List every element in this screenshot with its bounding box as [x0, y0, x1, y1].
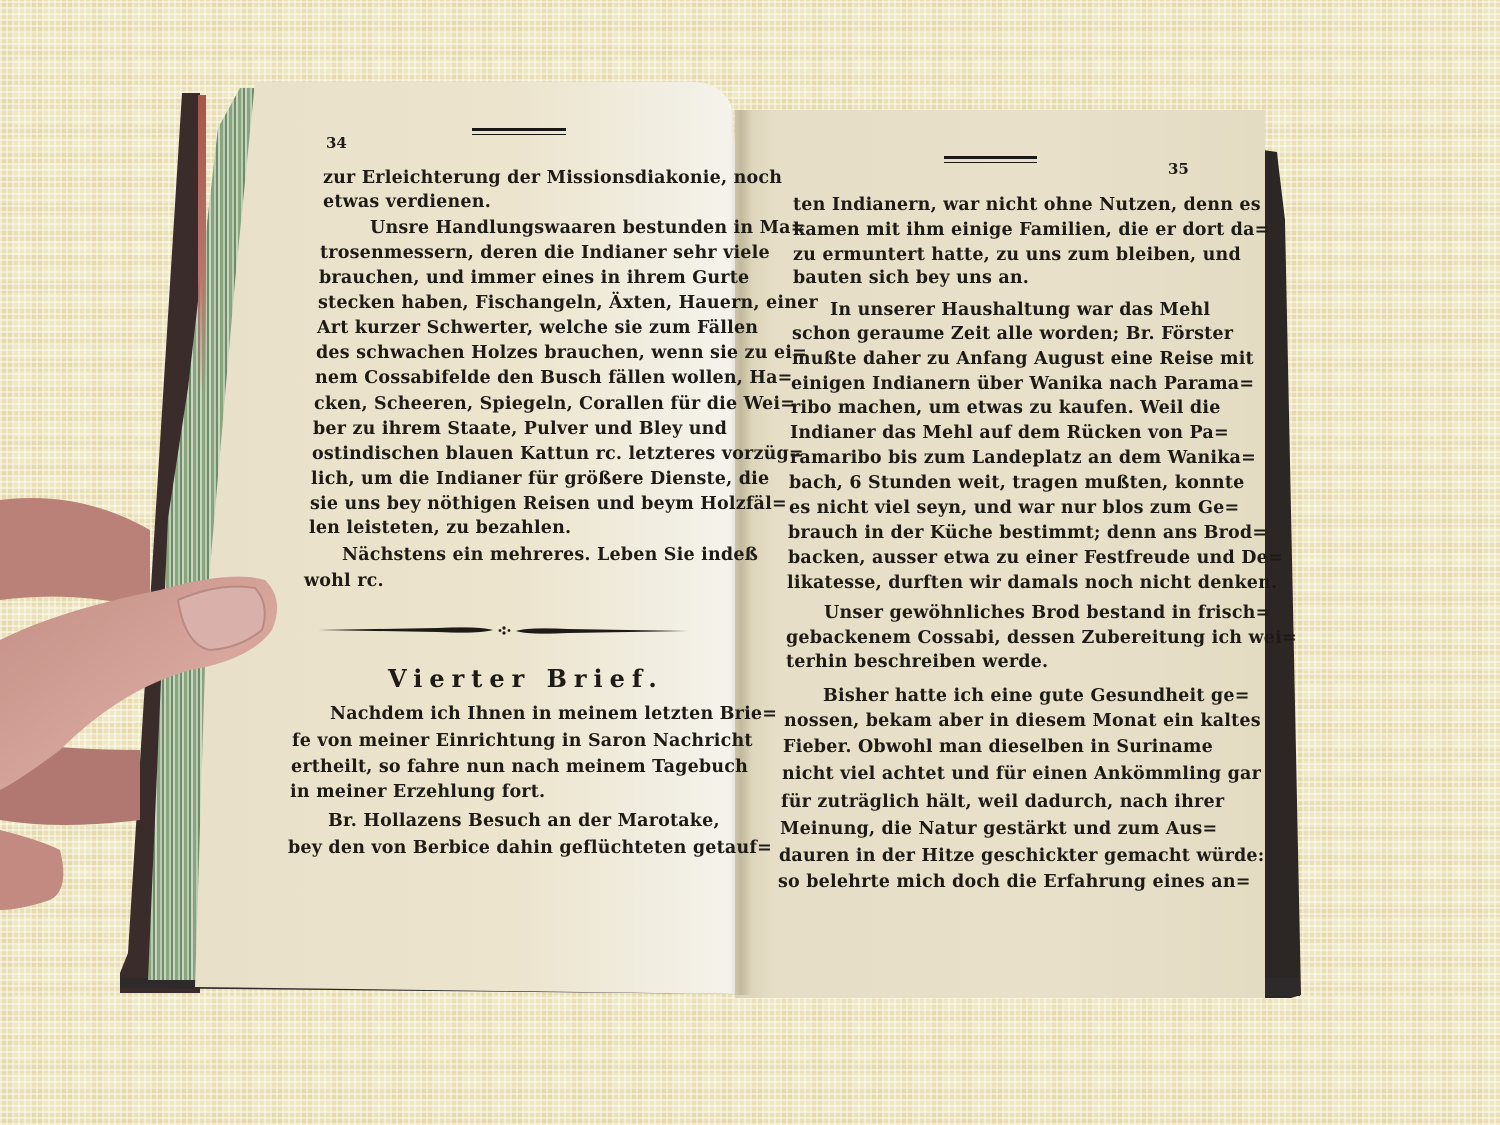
text-line: bach, 6 Stunden weit, tragen mußten, kon… [789, 473, 1244, 493]
text-line: Unsre Handlungswaaren bestunden in Ma= [370, 218, 806, 238]
text-line: für zuträglich hält, weil dadurch, nach … [781, 792, 1224, 812]
text-line: etwas verdienen. [323, 192, 491, 212]
text-line: ertheilt, so fahre nun nach meinem Tageb… [291, 757, 748, 777]
chapter-heading: Vierter Brief. [388, 664, 664, 693]
text-line: in meiner Erzehlung fort. [290, 782, 545, 802]
page-number-left: 34 [326, 134, 347, 152]
text-line: kamen mit ihm einige Familien, die er do… [793, 220, 1269, 240]
text-line: zu ermuntert hatte, zu uns zum bleiben, … [793, 245, 1241, 265]
text-line: lich, um die Indianer für größere Dienst… [311, 469, 769, 489]
text-line: Art kurzer Schwerter, welche sie zum Fäl… [317, 318, 758, 338]
text-line: terhin beschreiben werde. [786, 652, 1048, 672]
text-line: dauren in der Hitze geschickter gemacht … [779, 846, 1264, 866]
text-line: schon geraume Zeit alle worden; Br. Förs… [792, 324, 1233, 344]
header-rule-left [472, 128, 566, 131]
text-line: ber zu ihrem Staate, Pulver und Bley und [313, 419, 727, 439]
text-line: zur Erleichterung der Missionsdiakonie, … [323, 168, 782, 188]
text-line: stecken haben, Fischangeln, Äxten, Hauer… [318, 293, 818, 313]
text-line: gebackenem Cossabi, dessen Zubereitung i… [786, 628, 1297, 648]
hand [0, 490, 300, 930]
text-line: wohl rc. [304, 571, 384, 591]
text-line: cken, Scheeren, Spiegeln, Corallen für d… [314, 394, 795, 414]
page-number-right: 35 [1168, 160, 1189, 178]
text-line: Indianer das Mehl auf dem Rücken von Pa= [790, 423, 1229, 443]
header-rule-right [944, 156, 1037, 159]
text-line: einigen Indianern über Wanika nach Param… [791, 374, 1254, 394]
text-line: ostindischen blauen Kattun rc. letzteres… [312, 444, 804, 464]
text-line: Fieber. Obwohl man dieselben in Suriname [783, 737, 1213, 757]
text-line: des schwachen Holzes brauchen, wenn sie … [316, 343, 807, 363]
text-line: backen, ausser etwa zu einer Festfreude … [788, 548, 1283, 568]
text-line: brauch in der Küche bestimmt; denn ans B… [788, 523, 1267, 543]
text-line: fe von meiner Einrichtung in Saron Nachr… [292, 731, 753, 751]
text-line: mußte daher zu Anfang August eine Reise … [792, 349, 1254, 369]
text-line: nem Cossabifelde den Busch fällen wollen… [315, 368, 793, 388]
text-line: brauchen, und immer eines in ihrem Gurte [319, 268, 749, 288]
text-line: ten Indianern, war nicht ohne Nutzen, de… [793, 195, 1261, 215]
text-line: Meinung, die Natur gestärkt und zum Aus= [780, 819, 1217, 839]
page-edge-stain [198, 95, 206, 395]
text-line: Br. Hollazens Besuch an der Marotake, [328, 811, 720, 831]
text-line: trosenmessern, deren die Indianer sehr v… [320, 243, 770, 263]
text-line: Unser gewöhnliches Brod bestand in frisc… [824, 603, 1270, 623]
text-line: bey den von Berbice dahin geflüchteten g… [288, 838, 772, 858]
text-line: nossen, bekam aber in diesem Monat ein k… [784, 711, 1261, 731]
text-line: es nicht viel seyn, und war nur blos zum… [789, 498, 1239, 518]
text-line: Nächstens ein mehreres. Leben Sie indeß [342, 545, 758, 565]
text-line: len leisteten, zu bezahlen. [309, 518, 571, 538]
ornament-divider [318, 624, 688, 636]
text-line: Bisher hatte ich eine gute Gesundheit ge… [823, 686, 1250, 706]
text-line: ribo machen, um etwas zu kaufen. Weil di… [791, 398, 1221, 418]
text-line: Nachdem ich Ihnen in meinem letzten Brie… [330, 704, 777, 724]
text-line: bauten sich bey uns an. [793, 268, 1029, 288]
text-line: so belehrte mich doch die Erfahrung eine… [778, 872, 1251, 892]
text-line: In unserer Haushaltung war das Mehl [830, 300, 1210, 320]
text-line: likatesse, durften wir damals noch nicht… [787, 573, 1277, 593]
text-line: nicht viel achtet und für einen Ankömmli… [782, 764, 1261, 784]
text-line: sie uns bey nöthigen Reisen und beym Hol… [310, 494, 787, 514]
text-line: ramaribo bis zum Landeplatz an dem Wanik… [790, 448, 1256, 468]
